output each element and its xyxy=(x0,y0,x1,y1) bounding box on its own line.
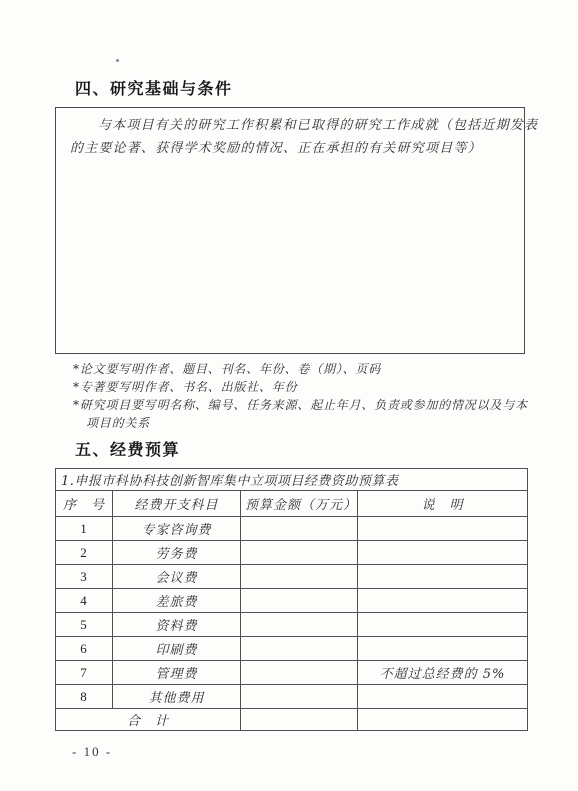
row-note xyxy=(358,589,528,613)
row-no: 6 xyxy=(56,637,113,661)
section-heading-budget: 五、经费预算 xyxy=(75,437,180,460)
row-no: 1 xyxy=(56,517,113,541)
row-amount xyxy=(241,565,358,589)
row-amount xyxy=(241,637,358,661)
row-no: 5 xyxy=(56,613,113,637)
row-amount xyxy=(241,685,358,709)
row-no: 8 xyxy=(56,685,113,709)
research-basis-prompt-line-1: 与本项目有关的研究工作积累和已取得的研究工作成就（包括近期发表 xyxy=(70,114,512,137)
row-note: 不超过总经费的 5% xyxy=(358,661,528,685)
research-basis-prompt-line-2: 的主要论著、获得学术奖励的情况、正在承担的有关研究项目等） xyxy=(70,137,512,160)
row-amount xyxy=(241,589,358,613)
research-basis-entry-box: 与本项目有关的研究工作积累和已取得的研究工作成就（包括近期发表 的主要论著、获得… xyxy=(55,107,525,354)
row-item: 管理费 xyxy=(113,661,241,685)
row-note xyxy=(358,541,528,565)
row-note xyxy=(358,613,528,637)
table-row: 7 管理费 不超过总经费的 5% xyxy=(56,661,528,685)
row-amount xyxy=(241,613,358,637)
table-row: 5 资料费 xyxy=(56,613,528,637)
row-no: 2 xyxy=(56,541,113,565)
row-item: 劳务费 xyxy=(113,541,241,565)
budget-table-title-row: 1.申报市科协科技创新智库集中立项项目经费资助预算表 xyxy=(56,469,528,491)
table-row: 1 专家咨询费 xyxy=(56,517,528,541)
row-item: 其他费用 xyxy=(113,685,241,709)
row-item: 会议费 xyxy=(113,565,241,589)
section-heading-research-basis: 四、研究基础与条件 xyxy=(75,76,233,99)
page-number: - 10 - xyxy=(72,744,112,760)
footnote-projects-line-1: *研究项目要写明名称、编号、任务来源、起止年月、负责或参加的情况以及与本 xyxy=(73,396,525,414)
budget-table: 1.申报市科协科技创新智库集中立项项目经费资助预算表 序 号 经费开支科目 预算… xyxy=(55,468,528,731)
row-item: 差旅费 xyxy=(113,589,241,613)
row-no: 7 xyxy=(56,661,113,685)
table-row: 2 劳务费 xyxy=(56,541,528,565)
table-row: 4 差旅费 xyxy=(56,589,528,613)
research-basis-prompt: 与本项目有关的研究工作积累和已取得的研究工作成就（包括近期发表 的主要论著、获得… xyxy=(70,114,512,160)
budget-table-title: 1.申报市科协科技创新智库集中立项项目经费资助预算表 xyxy=(56,469,528,491)
column-header-no: 序 号 xyxy=(56,491,113,517)
table-row: 6 印刷费 xyxy=(56,637,528,661)
row-amount xyxy=(241,517,358,541)
footnote-projects-line-2: 项目的关系 xyxy=(73,414,525,432)
row-note xyxy=(358,685,528,709)
row-note xyxy=(358,517,528,541)
footnote-papers: *论文要写明作者、题目、刊名、年份、卷（期）、页码 xyxy=(73,360,525,378)
scanned-document-page: 四、研究基础与条件 与本项目有关的研究工作积累和已取得的研究工作成就（包括近期发… xyxy=(0,0,578,791)
scan-speck xyxy=(116,59,119,62)
column-header-item: 经费开支科目 xyxy=(113,491,241,517)
footnotes: *论文要写明作者、题目、刊名、年份、卷（期）、页码 *专著要写明作者、书名、出版… xyxy=(73,360,525,432)
table-total-row: 合 计 xyxy=(56,709,528,731)
total-amount xyxy=(241,709,358,731)
column-header-amount: 预算金额（万元） xyxy=(241,491,358,517)
total-label: 合 计 xyxy=(56,709,241,731)
budget-table-header-row: 序 号 经费开支科目 预算金额（万元） 说 明 xyxy=(56,491,528,517)
row-item: 资料费 xyxy=(113,613,241,637)
footnote-monographs: *专著要写明作者、书名、出版社、年份 xyxy=(73,378,525,396)
row-item: 印刷费 xyxy=(113,637,241,661)
row-amount xyxy=(241,541,358,565)
column-header-note: 说 明 xyxy=(358,491,528,517)
row-no: 4 xyxy=(56,589,113,613)
total-note xyxy=(358,709,528,731)
row-no: 3 xyxy=(56,565,113,589)
table-row: 8 其他费用 xyxy=(56,685,528,709)
row-item: 专家咨询费 xyxy=(113,517,241,541)
row-note xyxy=(358,637,528,661)
row-amount xyxy=(241,661,358,685)
row-note xyxy=(358,565,528,589)
table-row: 3 会议费 xyxy=(56,565,528,589)
